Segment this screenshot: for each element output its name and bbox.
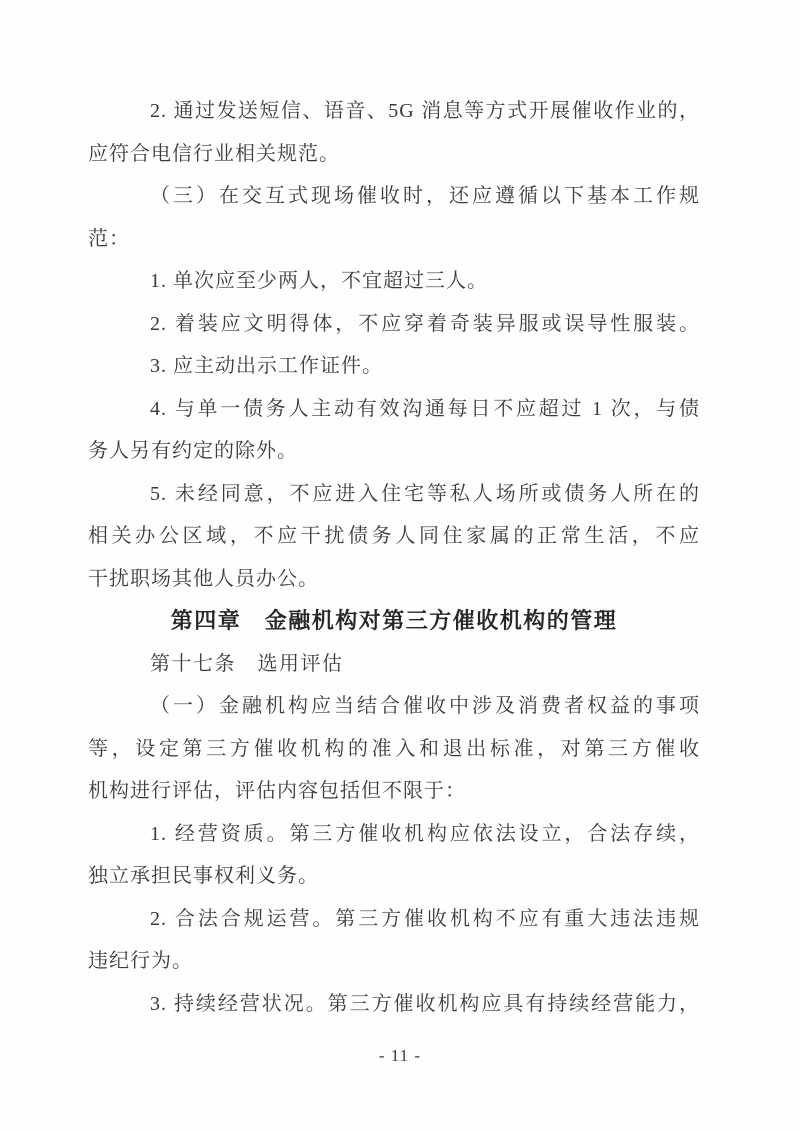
text-line: 务人另有约定的除外。 <box>88 430 700 473</box>
text-line: 3. 持续经营状况。第三方催收机构应具有持续经营能力， <box>88 983 700 1026</box>
document-body: 2. 通过发送短信、语音、5G 消息等方式开展催收作业的，应符合电信行业相关规范… <box>88 90 700 1025</box>
text-line: （三）在交互式现场催收时，还应遵循以下基本工作规 <box>88 175 700 218</box>
document-page: 2. 通过发送短信、语音、5G 消息等方式开展催收作业的，应符合电信行业相关规范… <box>0 0 800 1132</box>
text-line: 相关办公区域，不应干扰债务人同住家属的正常生活，不应 <box>88 515 700 558</box>
text-line: 2. 着装应文明得体，不应穿着奇装异服或误导性服装。 <box>88 303 700 346</box>
text-line: 干扰职场其他人员办公。 <box>88 558 700 601</box>
text-line: 4. 与单一债务人主动有效沟通每日不应超过 1 次，与债 <box>88 388 700 431</box>
text-line: 应符合电信行业相关规范。 <box>88 133 700 176</box>
page-number: - 11 - <box>0 1046 800 1066</box>
article-heading: 第十七条 选用评估 <box>88 643 700 686</box>
text-line: 违纪行为。 <box>88 940 700 983</box>
text-line: 5. 未经同意，不应进入住宅等私人场所或债务人所在的 <box>88 473 700 516</box>
text-line: 3. 应主动出示工作证件。 <box>88 345 700 388</box>
text-line: 2. 合法合规运营。第三方催收机构不应有重大违法违规 <box>88 898 700 941</box>
text-line: 1. 经营资质。第三方催收机构应依法设立，合法存续， <box>88 813 700 856</box>
text-line: 机构进行评估，评估内容包括但不限于： <box>88 770 700 813</box>
text-line: 2. 通过发送短信、语音、5G 消息等方式开展催收作业的， <box>88 90 700 133</box>
text-line: 独立承担民事权利义务。 <box>88 855 700 898</box>
text-line: 范： <box>88 218 700 261</box>
text-line: 1. 单次应至少两人，不宜超过三人。 <box>88 260 700 303</box>
text-line: 等，设定第三方催收机构的准入和退出标准，对第三方催收 <box>88 728 700 771</box>
chapter-heading: 第四章 金融机构对第三方催收机构的管理 <box>88 600 700 643</box>
text-line: （一）金融机构应当结合催收中涉及消费者权益的事项 <box>88 685 700 728</box>
